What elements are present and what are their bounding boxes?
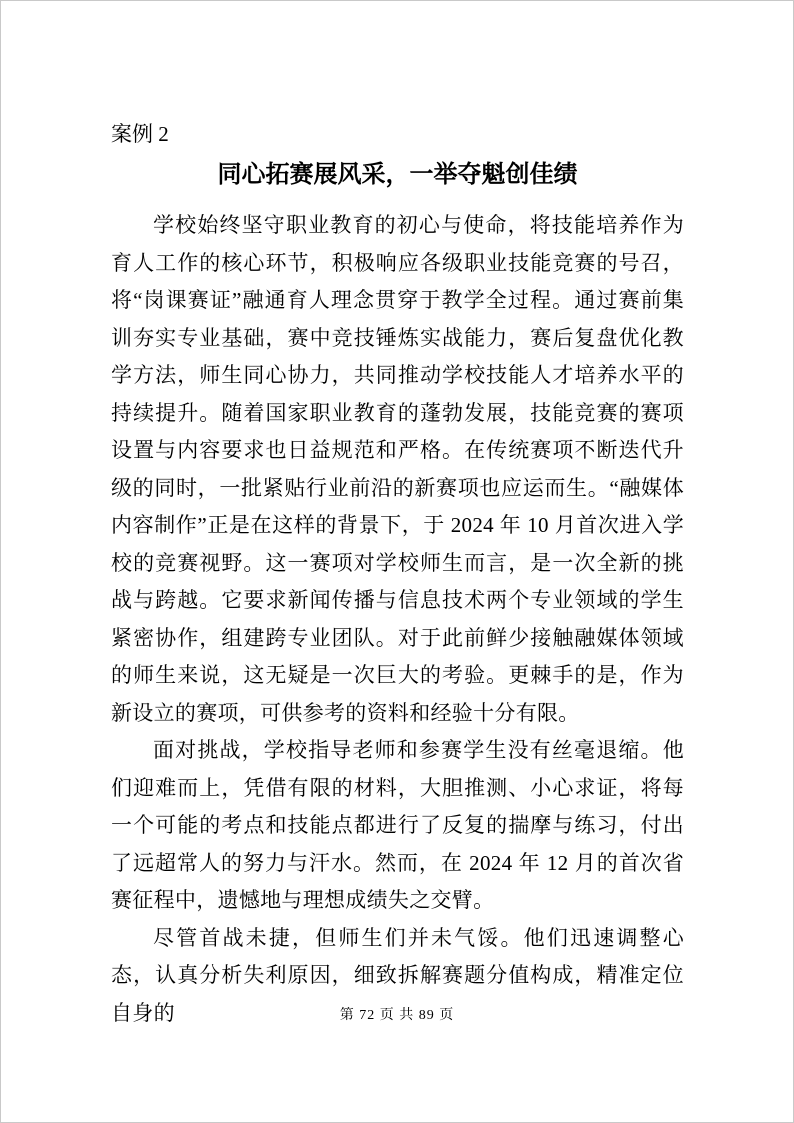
document-page: 案例 2 同心拓赛展风采，一举夺魁创佳绩 学校始终坚守职业教育的初心与使命，将技… [0,0,794,1123]
page-footer: 第 72 页 共 89 页 [1,1006,793,1026]
page-title: 同心拓赛展风采，一举夺魁创佳绩 [111,156,684,194]
paragraph-1: 学校始终坚守职业教育的初心与使命，将技能培养作为育人工作的核心环节，积极响应各级… [111,207,684,732]
page-number: 第 72 页 共 89 页 [340,1008,455,1023]
document-content: 案例 2 同心拓赛展风采，一举夺魁创佳绩 学校始终坚守职业教育的初心与使命，将技… [111,115,684,1032]
case-label: 案例 2 [111,115,684,153]
paragraph-2: 面对挑战，学校指导老师和参赛学生没有丝毫退缩。他们迎难而上，凭借有限的材料，大胆… [111,732,684,920]
